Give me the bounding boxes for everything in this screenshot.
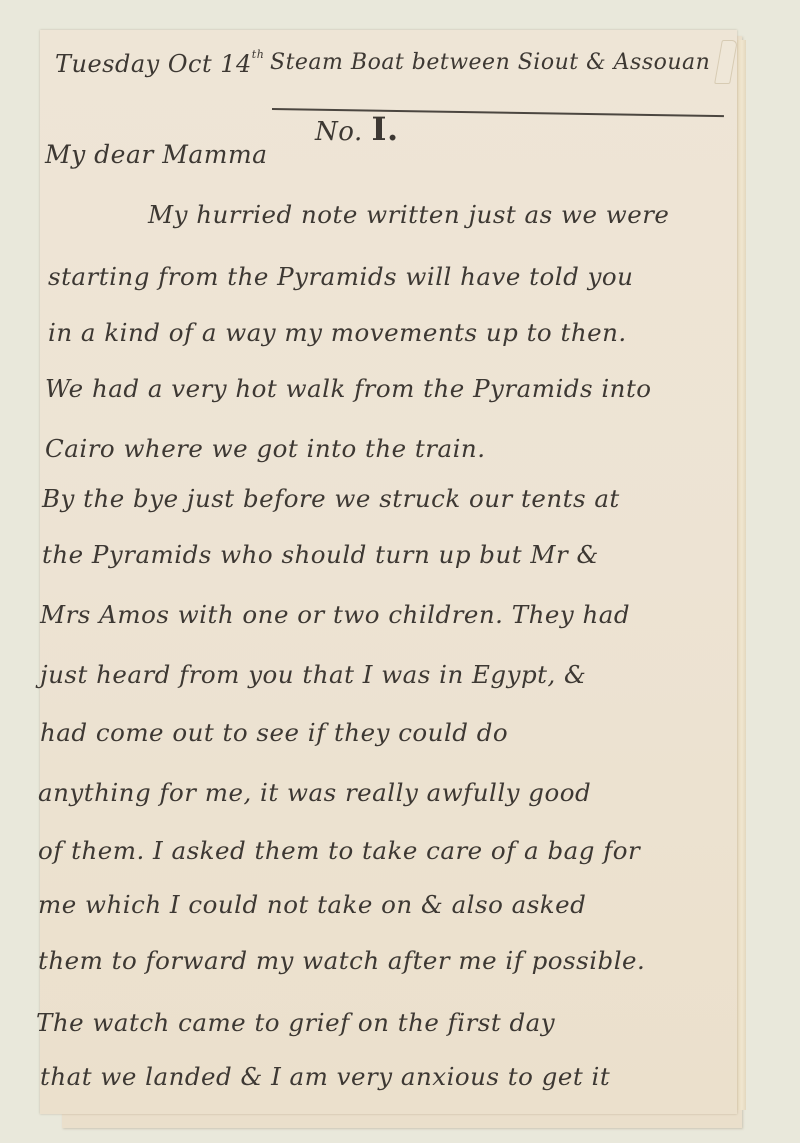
body-line-3: in a kind of a way my movements up to th… <box>48 318 627 347</box>
body-line-2: starting from the Pyramids will have tol… <box>48 262 633 291</box>
body-line-4: We had a very hot walk from the Pyramids… <box>45 374 652 403</box>
body-line-13: me which I could not take on & also aske… <box>38 890 586 919</box>
body-line-15: The watch came to grief on the first day <box>36 1008 555 1037</box>
body-line-11: anything for me, it was really awfully g… <box>38 778 591 807</box>
letter-place: Steam Boat between Siout & Assouan <box>270 50 710 75</box>
body-line-9: just heard from you that I was in Egypt,… <box>40 660 586 689</box>
body-line-10: had come out to see if they could do <box>40 718 508 747</box>
letter-date-suffix: th <box>252 48 265 61</box>
body-line-8: Mrs Amos with one or two children. They … <box>40 600 630 629</box>
letter-date-text: Tuesday Oct 14 <box>55 50 252 78</box>
letter-number: No. I. <box>315 110 399 148</box>
letter-date: Tuesday Oct 14th <box>55 48 264 78</box>
salutation: My dear Mamma <box>45 140 268 169</box>
body-line-1: My hurried note written just as we were <box>148 200 669 229</box>
body-line-7: the Pyramids who should turn up but Mr & <box>42 540 599 569</box>
letter-number-value: I. <box>371 110 398 148</box>
body-line-6: By the bye just before we struck our ten… <box>42 484 620 513</box>
body-line-14: them to forward my watch after me if pos… <box>38 946 645 975</box>
body-line-12: of them. I asked them to take care of a … <box>38 836 640 865</box>
letter-number-prefix: No. <box>315 117 363 147</box>
body-line-16: that we landed & I am very anxious to ge… <box>40 1062 610 1091</box>
body-line-5: Cairo where we got into the train. <box>45 434 486 463</box>
